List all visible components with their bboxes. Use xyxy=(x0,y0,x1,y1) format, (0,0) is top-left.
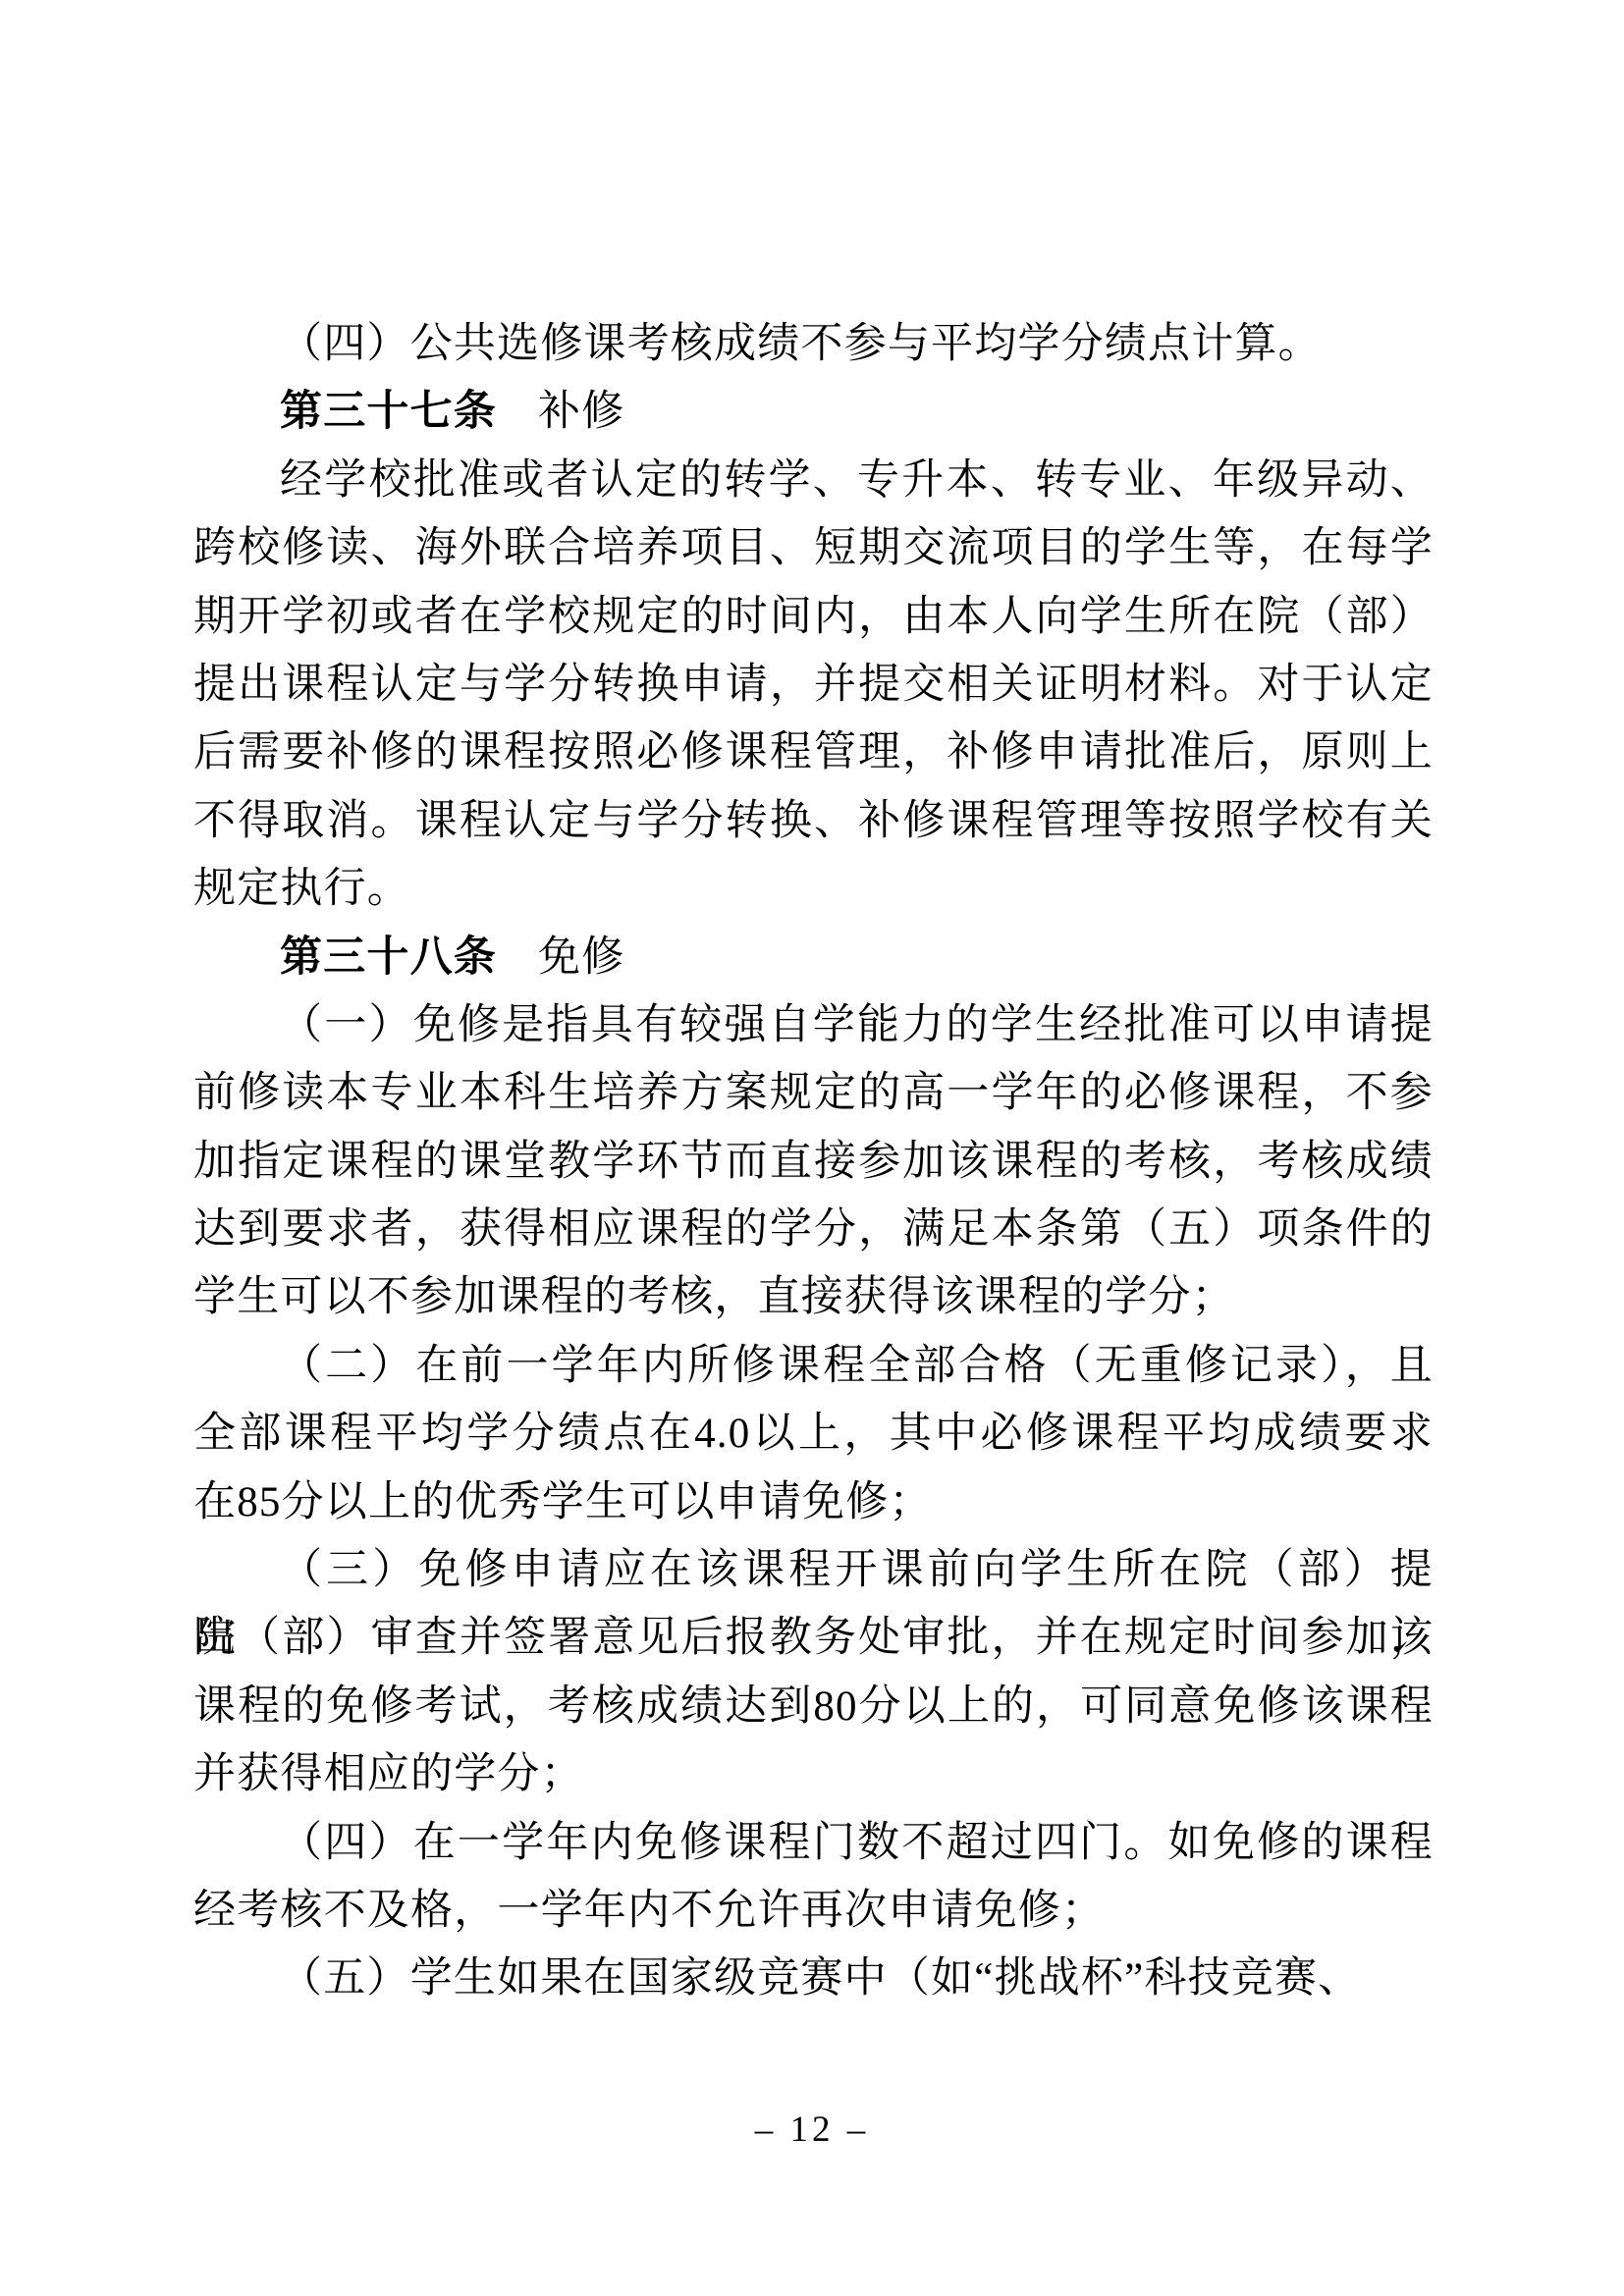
text-line: 期开学初或者在学校规定的时间内，由本人向学生所在院（部） xyxy=(193,583,1434,651)
text-line: （四）在一学年内免修课程门数不超过四门。如免修的课程 xyxy=(193,1809,1434,1877)
text-line: 达到要求者，获得相应课程的学分，满足本条第（五）项条件的 xyxy=(193,1196,1434,1263)
text-line: 学生可以不参加课程的考核，直接获得该课程的学分； xyxy=(193,1263,1434,1331)
article-number: 第三十八条 xyxy=(280,934,497,981)
article-title: 免修 xyxy=(538,934,624,981)
document-page: （四）公共选修课考核成绩不参与平均学分绩点计算。第三十七条补修经学校批准或者认定… xyxy=(0,0,1624,2296)
text-line: 规定执行。 xyxy=(193,855,1434,923)
text-line: （五）学生如果在国家级竞赛中（如“挑战杯”科技竞赛、 xyxy=(193,1945,1434,2012)
text-line: 提出课程认定与学分转换申请，并提交相关证明材料。对于认定 xyxy=(193,651,1434,719)
text-line: （三）免修申请应在该课程开课前向学生所在院（部）提出， xyxy=(193,1536,1434,1604)
text-line: 不得取消。课程认定与学分转换、补修课程管理等按照学校有关 xyxy=(193,787,1434,855)
text-line: 并获得相应的学分； xyxy=(193,1740,1434,1808)
text-line: 前修读本专业本科生培养方案规定的高一学年的必修课程，不参 xyxy=(193,1059,1434,1127)
text-line: （二）在前一学年内所修课程全部合格（无重修记录），且 xyxy=(193,1332,1434,1400)
text-line: 全部课程平均学分绩点在4.0以上，其中必修课程平均成绩要求 xyxy=(193,1400,1434,1468)
text-line: 课程的免修考试，考核成绩达到80分以上的，可同意免修该课程 xyxy=(193,1673,1434,1740)
text-line: 院（部）审查并签署意见后报教务处审批，并在规定时间参加该 xyxy=(193,1604,1434,1672)
text-line: （四）公共选修课考核成绩不参与平均学分绩点计算。 xyxy=(193,310,1434,378)
text-line: 经考核不及格，一学年内不允许再次申请免修； xyxy=(193,1877,1434,1945)
article-number: 第三十七条 xyxy=(280,389,497,435)
text-line: 加指定课程的课堂教学环节而直接参加该课程的考核，考核成绩 xyxy=(193,1128,1434,1196)
text-line: （一）免修是指具有较强自学能力的学生经批准可以申请提 xyxy=(193,991,1434,1059)
document-body: （四）公共选修课考核成绩不参与平均学分绩点计算。第三十七条补修经学校批准或者认定… xyxy=(193,310,1434,2013)
text-line: 在85分以上的优秀学生可以申请免修； xyxy=(193,1468,1434,1536)
text-line: 后需要补修的课程按照必修课程管理，补修申请批准后，原则上 xyxy=(193,719,1434,786)
article-heading: 第三十七条补修 xyxy=(193,378,1434,446)
article-title: 补修 xyxy=(538,389,624,435)
text-line: 跨校修读、海外联合培养项目、短期交流项目的学生等，在每学 xyxy=(193,514,1434,582)
page-number: – 12 – xyxy=(0,2109,1624,2151)
text-line: 经学校批准或者认定的转学、专升本、转专业、年级异动、 xyxy=(193,447,1434,514)
article-heading: 第三十八条免修 xyxy=(193,924,1434,991)
